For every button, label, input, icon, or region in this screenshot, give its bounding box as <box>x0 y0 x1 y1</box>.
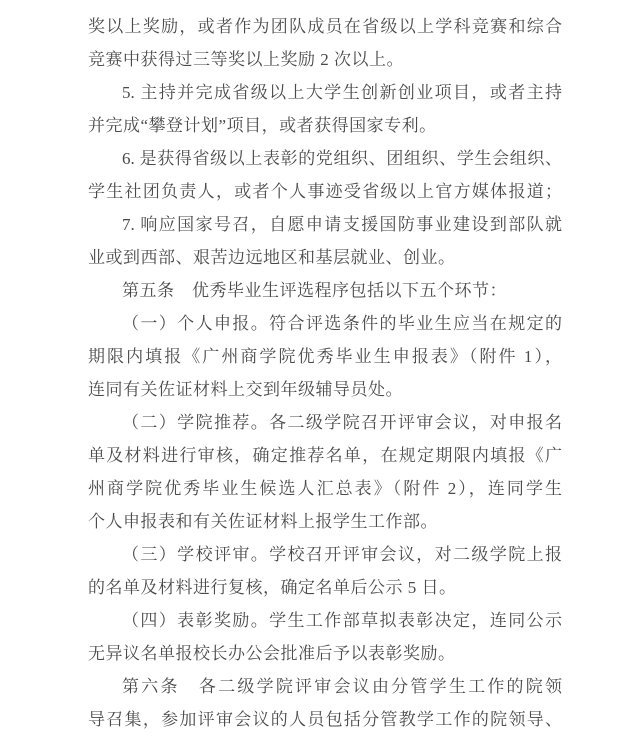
text-line: （一）个人申报。符合评选条件的毕业生应当在规定的 <box>88 307 562 340</box>
text-line: 6. 是获得省级以上表彰的党组织、团组织、学生会组织、 <box>88 142 562 175</box>
text-line: 5. 主持并完成省级以上大学生创新创业项目，或者主持 <box>88 76 562 109</box>
text-line: 竞赛中获得过三等奖以上奖励 2 次以上。 <box>88 43 562 76</box>
text-line: 奖以上奖励，或者作为团队成员在省级以上学科竞赛和综合 <box>88 10 562 43</box>
text-line: 期限内填报《广州商学院优秀毕业生申报表》（附件 1）， <box>88 340 562 373</box>
text-line: 个人申报表和有关佐证材料上报学生工作部。 <box>88 505 562 538</box>
text-line: 连同有关佐证材料上交到年级辅导员处。 <box>88 373 562 406</box>
text-line: 业或到西部、艰苦边远地区和基层就业、创业。 <box>88 241 562 274</box>
text-line: 的名单及材料进行复核，确定名单后公示 5 日。 <box>88 571 562 604</box>
text-line: 单及材料进行审核，确定推荐名单，在规定期限内填报《广 <box>88 439 562 472</box>
text-line: 州商学院优秀毕业生候选人汇总表》（附件 2），连同学生 <box>88 472 562 505</box>
text-line: （四）表彰奖励。学生工作部草拟表彰决定，连同公示 <box>88 604 562 637</box>
document-text-block: 奖以上奖励，或者作为团队成员在省级以上学科竞赛和综合竞赛中获得过三等奖以上奖励 … <box>88 10 562 736</box>
text-line: 学生社团负责人，或者个人事迹受省级以上官方媒体报道； <box>88 175 562 208</box>
text-line: 7. 响应国家号召，自愿申请支援国防事业建设到部队就 <box>88 208 562 241</box>
text-line: （二）学院推荐。各二级学院召开评审会议，对申报名 <box>88 406 562 439</box>
text-line: 导召集，参加评审会议的人员包括分管教学工作的院领导、 <box>88 703 562 736</box>
text-line: （三）学校评审。学校召开评审会议，对二级学院上报 <box>88 538 562 571</box>
text-line: 第五条 优秀毕业生评选程序包括以下五个环节： <box>88 274 562 307</box>
text-line: 并完成“攀登计划”项目，或者获得国家专利。 <box>88 109 562 142</box>
text-line: 无异议名单报校长办公会批准后予以表彰奖励。 <box>88 637 562 670</box>
document-page: 奖以上奖励，或者作为团队成员在省级以上学科竞赛和综合竞赛中获得过三等奖以上奖励 … <box>0 0 635 745</box>
text-line: 第六条 各二级学院评审会议由分管学生工作的院领 <box>88 670 562 703</box>
